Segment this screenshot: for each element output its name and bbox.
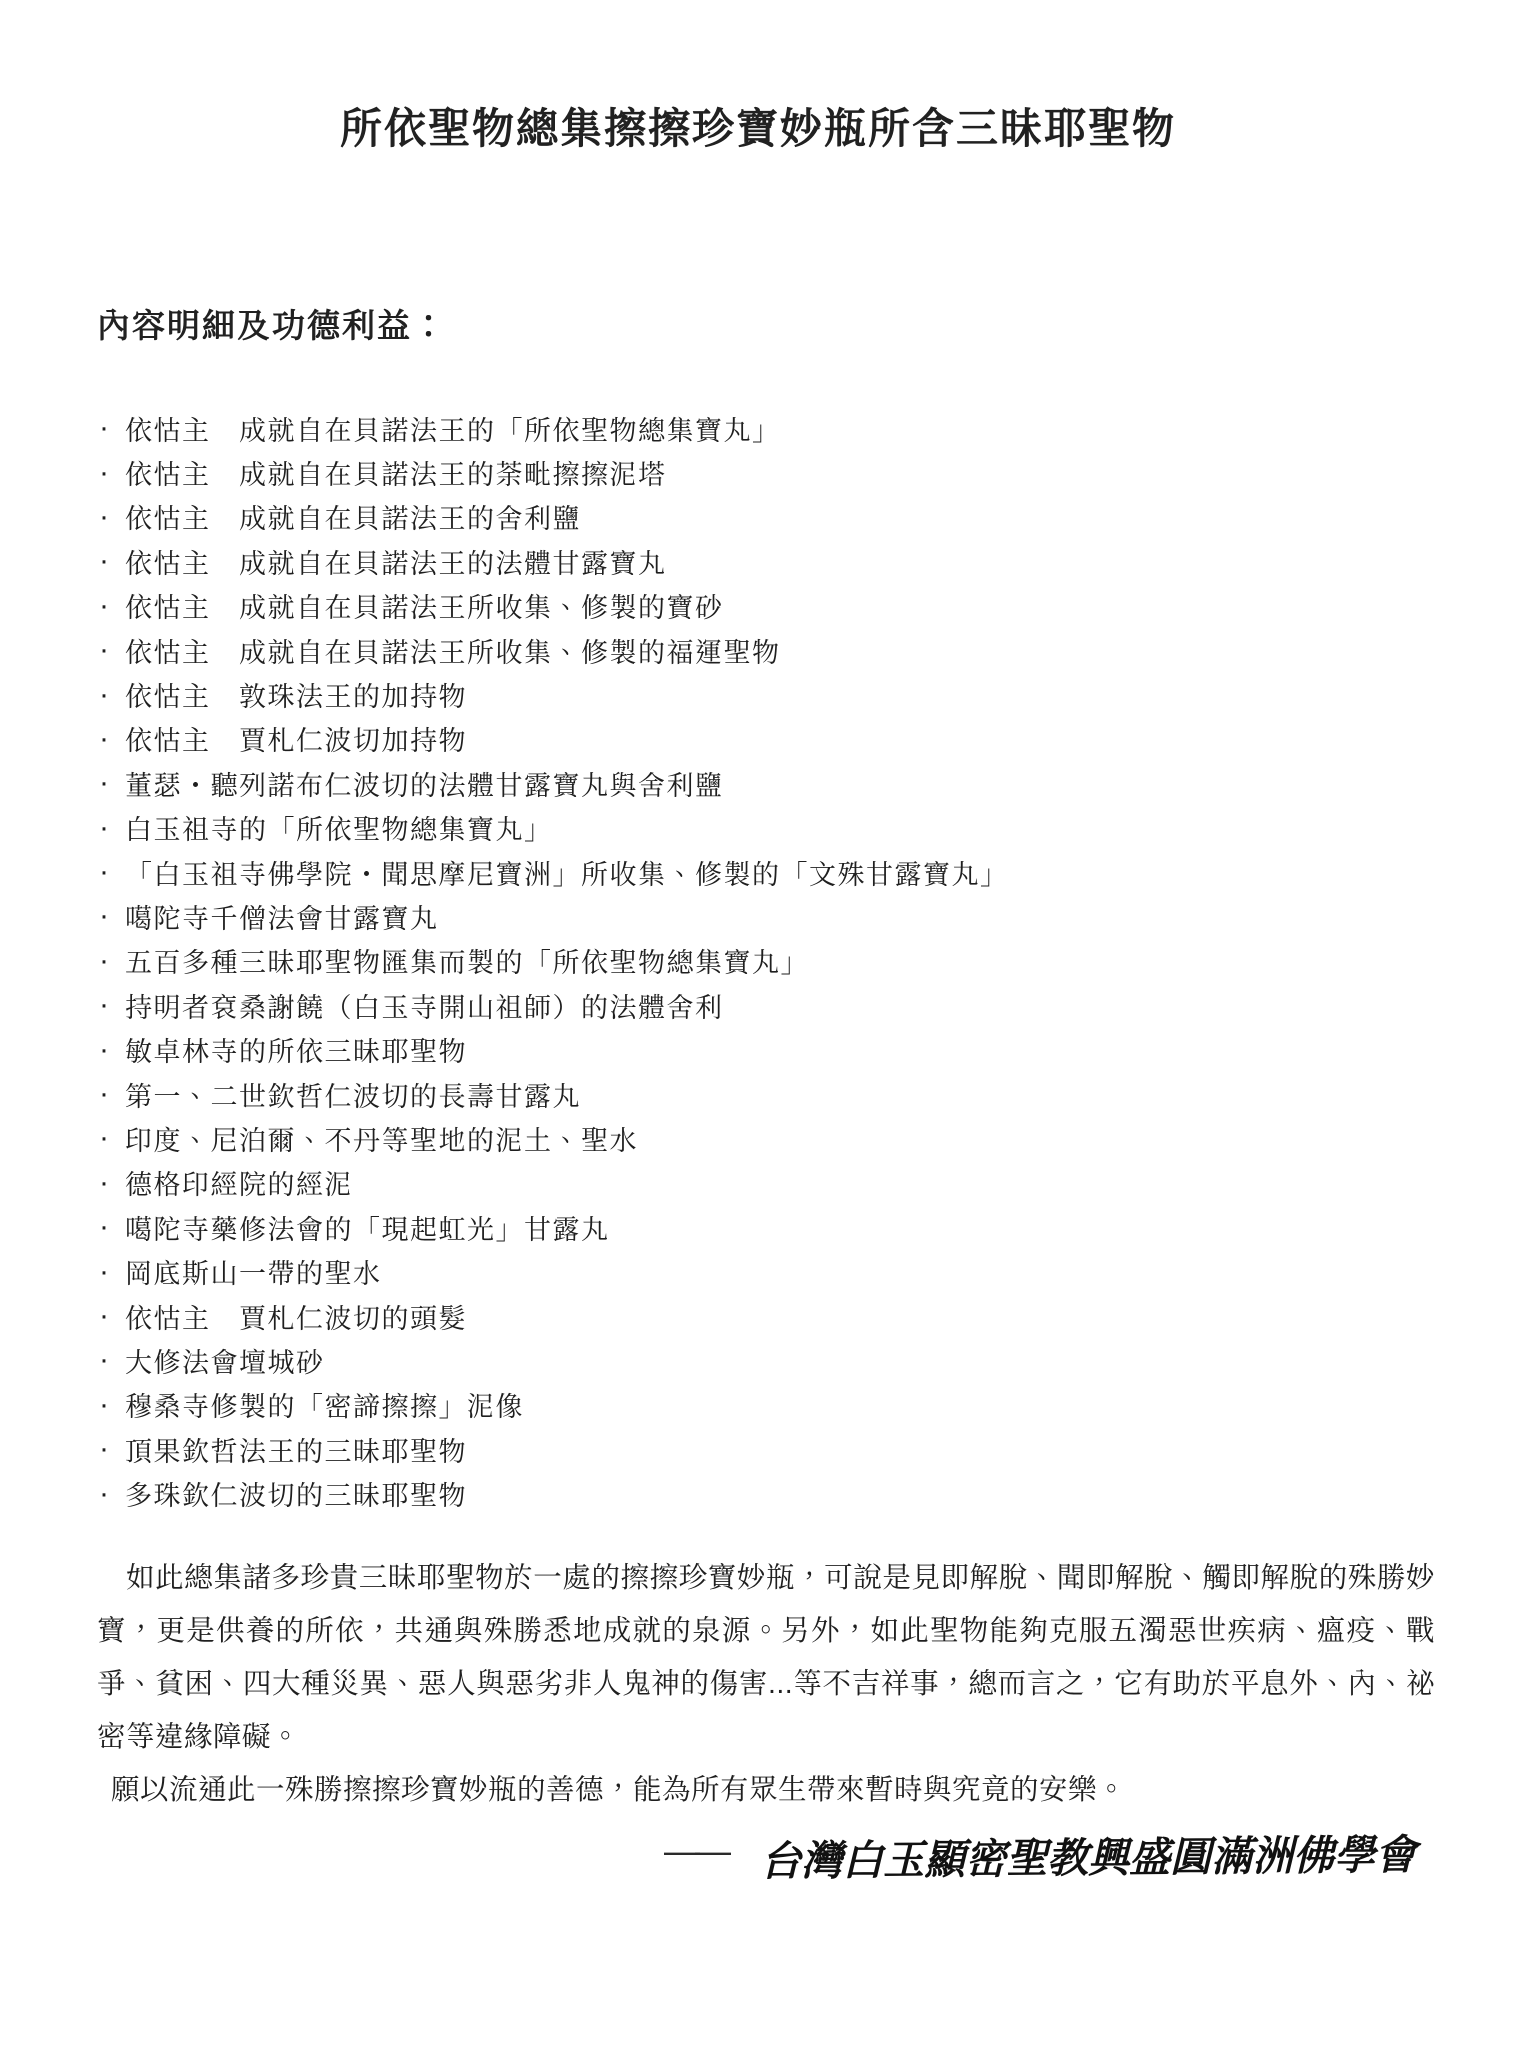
list-item: ·噶陀寺藥修法會的「現起虹光」甘露丸 xyxy=(99,1205,1476,1249)
paragraph-benefits: 如此總集諸多珍貴三昧耶聖物於一處的擦擦珍寶妙瓶，可說是見即解脫、聞即解脫、觸即解… xyxy=(97,1552,1435,1764)
paragraph-dedication: 願以流通此一殊勝擦擦珍寶妙瓶的善德，能為所有眾生帶來暫時與究竟的安樂。 xyxy=(97,1764,1435,1817)
list-item-text: 依怙主 成就自在貝諾法王的法體甘露寶丸 xyxy=(125,542,667,581)
bullet-dot: · xyxy=(99,1168,125,1198)
bullet-dot: · xyxy=(99,1345,125,1375)
list-item: ·白玉祖寺的「所依聖物總集寶丸」 xyxy=(99,806,1476,850)
bullet-dot: · xyxy=(99,724,125,754)
list-item-text: 德格印經院的經泥 xyxy=(125,1163,353,1202)
list-item-text: 依怙主 賈札仁波切的頭髮 xyxy=(125,1297,467,1336)
list-item-text: 依怙主 成就自在貝諾法王的舍利鹽 xyxy=(125,497,581,536)
page-title: 所依聖物總集擦擦珍寶妙瓶所含三昧耶聖物 xyxy=(0,96,1516,156)
list-item-text: 依怙主 敦珠法王的加持物 xyxy=(125,675,467,714)
list-item: ·噶陀寺千僧法會甘露寶丸 xyxy=(99,894,1476,938)
bullet-dot: · xyxy=(99,813,125,843)
list-item-text: 多珠欽仁波切的三昧耶聖物 xyxy=(125,1474,467,1513)
bullet-dot: · xyxy=(99,1079,125,1109)
list-item: ·依怙主 成就自在貝諾法王的法體甘露寶丸 xyxy=(99,539,1476,583)
bullet-dot: · xyxy=(99,857,125,887)
bullet-dot: · xyxy=(99,1434,125,1464)
section-heading: 內容明細及功德利益： xyxy=(97,300,447,347)
list-item: ·董瑟・聽列諾布仁波切的法體甘露寶丸與舍利鹽 xyxy=(99,761,1476,805)
body-text: 如此總集諸多珍貴三昧耶聖物於一處的擦擦珍寶妙瓶，可說是見即解脫、聞即解脫、觸即解… xyxy=(97,1552,1435,1817)
bullet-dot: · xyxy=(99,1301,125,1331)
bullet-dot: · xyxy=(99,1123,125,1153)
document-page: 所依聖物總集擦擦珍寶妙瓶所含三昧耶聖物 內容明細及功德利益： ·依怙主 成就自在… xyxy=(0,0,1516,2048)
bullet-dot: · xyxy=(99,635,125,665)
list-item: ·依怙主 成就自在貝諾法王所收集、修製的寶砂 xyxy=(99,584,1476,628)
list-item: ·依怙主 成就自在貝諾法王的「所依聖物總集寶丸」 xyxy=(99,406,1476,450)
signature-row: —— 台灣白玉顯密聖教興盛圓滿洲佛學會 xyxy=(0,1822,1416,1886)
bullet-dot: · xyxy=(99,680,125,710)
bullet-dot: · xyxy=(99,1035,125,1065)
list-item: ·依怙主 敦珠法王的加持物 xyxy=(99,672,1476,716)
list-item: ·大修法會壇城砂 xyxy=(99,1338,1476,1382)
list-item-text: 噶陀寺藥修法會的「現起虹光」甘露丸 xyxy=(125,1208,610,1247)
list-item: ·「白玉祖寺佛學院・聞思摩尼寶洲」所收集、修製的「文殊甘露寶丸」 xyxy=(99,850,1476,894)
bullet-dot: · xyxy=(99,1257,125,1287)
bullet-dot: · xyxy=(99,768,125,798)
bullet-dot: · xyxy=(99,413,125,443)
list-item: ·穆桑寺修製的「密諦擦擦」泥像 xyxy=(99,1383,1476,1427)
list-item: ·依怙主 成就自在貝諾法王所收集、修製的福運聖物 xyxy=(99,628,1476,672)
list-item: ·第一、二世欽哲仁波切的長壽甘露丸 xyxy=(99,1072,1476,1116)
signature-organization-name: 台灣白玉顯密聖教興盛圓滿洲佛學會 xyxy=(760,1821,1417,1887)
list-item-text: 依怙主 成就自在貝諾法王的荼毗擦擦泥塔 xyxy=(125,453,667,492)
bullet-dot: · xyxy=(99,502,125,532)
bullet-dot: · xyxy=(99,990,125,1020)
list-item-text: 「白玉祖寺佛學院・聞思摩尼寶洲」所收集、修製的「文殊甘露寶丸」 xyxy=(125,853,1009,892)
list-item: ·持明者袞桑謝饒（白玉寺開山祖師）的法體舍利 xyxy=(99,983,1476,1027)
bullet-dot: · xyxy=(99,1212,125,1242)
list-item-text: 依怙主 賈札仁波切加持物 xyxy=(125,719,467,758)
list-item-text: 白玉祖寺的「所依聖物總集寶丸」 xyxy=(125,808,553,847)
list-item-text: 穆桑寺修製的「密諦擦擦」泥像 xyxy=(125,1385,524,1424)
bullet-dot: · xyxy=(99,946,125,976)
bullet-dot: · xyxy=(99,901,125,931)
list-item-text: 大修法會壇城砂 xyxy=(125,1341,325,1380)
list-item: ·五百多種三昧耶聖物匯集而製的「所依聖物總集寶丸」 xyxy=(99,939,1476,983)
list-item-text: 依怙主 成就自在貝諾法王的「所依聖物總集寶丸」 xyxy=(125,409,781,448)
list-item: ·依怙主 賈札仁波切加持物 xyxy=(99,717,1476,761)
bullet-dot: · xyxy=(99,1390,125,1420)
list-item-text: 噶陀寺千僧法會甘露寶丸 xyxy=(125,897,439,936)
list-item: ·依怙主 賈札仁波切的頭髮 xyxy=(99,1294,1476,1338)
bullet-dot: · xyxy=(99,546,125,576)
list-item-text: 岡底斯山一帶的聖水 xyxy=(125,1252,382,1291)
list-item-text: 依怙主 成就自在貝諾法王所收集、修製的寶砂 xyxy=(125,586,724,625)
list-item: ·依怙主 成就自在貝諾法王的荼毗擦擦泥塔 xyxy=(99,450,1476,494)
list-item: ·印度、尼泊爾、不丹等聖地的泥土、聖水 xyxy=(99,1116,1476,1160)
bullet-dot: · xyxy=(99,458,125,488)
list-item: ·敏卓林寺的所依三昧耶聖物 xyxy=(99,1027,1476,1071)
list-item: ·多珠欽仁波切的三昧耶聖物 xyxy=(99,1471,1476,1515)
list-item-text: 依怙主 成就自在貝諾法王所收集、修製的福運聖物 xyxy=(125,631,781,670)
list-item-text: 五百多種三昧耶聖物匯集而製的「所依聖物總集寶丸」 xyxy=(125,941,809,980)
contents-list: ·依怙主 成就自在貝諾法王的「所依聖物總集寶丸」·依怙主 成就自在貝諾法王的荼毗… xyxy=(99,406,1476,1516)
list-item: ·頂果欽哲法王的三昧耶聖物 xyxy=(99,1427,1476,1471)
bullet-dot: · xyxy=(99,591,125,621)
signature-dash: —— xyxy=(664,1830,726,1878)
list-item-text: 敏卓林寺的所依三昧耶聖物 xyxy=(125,1030,467,1069)
list-item-text: 第一、二世欽哲仁波切的長壽甘露丸 xyxy=(125,1075,581,1114)
list-item: ·德格印經院的經泥 xyxy=(99,1161,1476,1205)
list-item-text: 頂果欽哲法王的三昧耶聖物 xyxy=(125,1430,467,1469)
list-item-text: 董瑟・聽列諾布仁波切的法體甘露寶丸與舍利鹽 xyxy=(125,764,724,803)
list-item-text: 印度、尼泊爾、不丹等聖地的泥土、聖水 xyxy=(125,1119,638,1158)
list-item: ·依怙主 成就自在貝諾法王的舍利鹽 xyxy=(99,495,1476,539)
list-item: ·岡底斯山一帶的聖水 xyxy=(99,1249,1476,1293)
bullet-dot: · xyxy=(99,1479,125,1509)
list-item-text: 持明者袞桑謝饒（白玉寺開山祖師）的法體舍利 xyxy=(125,986,724,1025)
